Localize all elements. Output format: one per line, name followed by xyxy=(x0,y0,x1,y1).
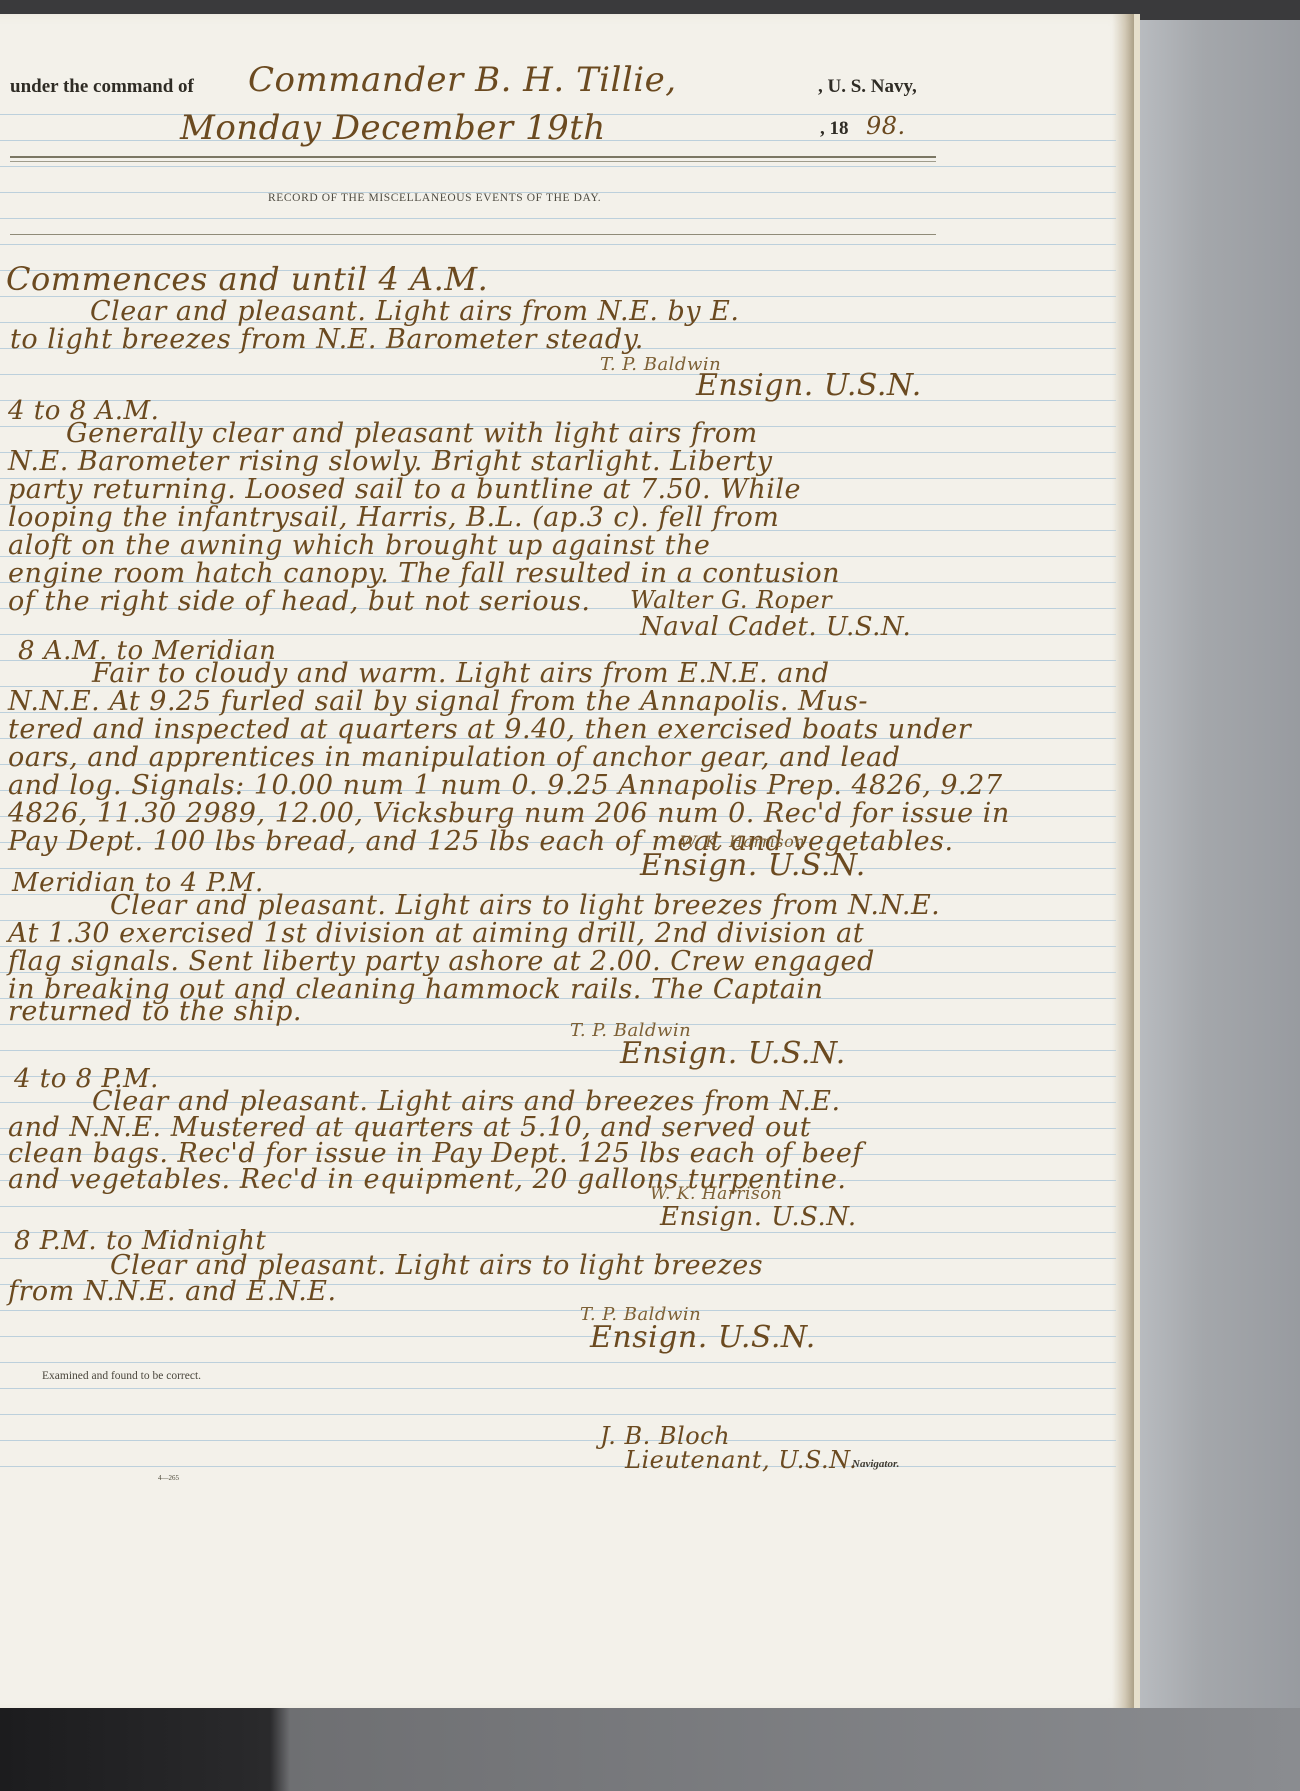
entry-line: and log. Signals: 10.00 num 1 num 0. 9.2… xyxy=(8,772,1003,800)
entry-line: Clear and pleasant. Light airs to light … xyxy=(110,892,940,920)
ruled-line xyxy=(0,634,1116,635)
year-prefix: , 18 xyxy=(820,118,849,140)
commander-name: Commander B. H. Tillie, xyxy=(248,60,677,100)
officer-rank: Ensign. U.S.N. xyxy=(660,1202,857,1232)
ruled-line xyxy=(0,374,1116,375)
ruled-line xyxy=(0,1414,1116,1415)
ruled-line xyxy=(0,400,1116,401)
section-title: RECORD OF THE MISCELLANEOUS EVENTS OF TH… xyxy=(268,192,601,204)
officer-rank: Ensign. U.S.N. xyxy=(696,368,922,403)
entry-line: of the right side of head, but not serio… xyxy=(8,588,591,616)
ruled-line xyxy=(0,1336,1116,1337)
ruled-line xyxy=(0,1440,1116,1441)
ruled-line xyxy=(0,218,1116,219)
ruled-line xyxy=(0,166,1116,167)
officer-rank: Ensign. U.S.N. xyxy=(590,1320,816,1355)
header-double-rule-thin xyxy=(10,161,936,162)
entry-line: N.E. Barometer rising slowly. Bright sta… xyxy=(8,448,772,476)
navy-suffix: , U. S. Navy, xyxy=(818,76,917,98)
header-double-rule xyxy=(10,156,936,158)
officer-rank: Ensign. U.S.N. xyxy=(640,848,866,883)
navigator-rank: Lieutenant, U.S.N. xyxy=(625,1446,857,1474)
ruled-line xyxy=(0,1206,1116,1207)
command-prefix: under the command of xyxy=(10,76,194,98)
officer-rank: Naval Cadet. U.S.N. xyxy=(640,612,911,642)
entry-line: Fair to cloudy and warm. Light airs from… xyxy=(92,660,830,688)
log-date: Monday December 19th xyxy=(180,108,606,148)
ruled-line xyxy=(0,1388,1116,1389)
ruled-line xyxy=(0,244,1116,245)
entry-line: to light breezes from N.E. Barometer ste… xyxy=(10,326,644,354)
officer-rank: Ensign. U.S.N. xyxy=(620,1036,846,1071)
ruled-line xyxy=(0,1076,1116,1077)
officer-signature: Walter G. Roper xyxy=(630,586,832,614)
entry-line: Clear and pleasant. Light airs from N.E.… xyxy=(90,298,739,326)
year-handwritten: 98. xyxy=(866,112,906,140)
entry-line: looping the infantrysail, Harris, B.L. (… xyxy=(8,504,779,532)
ruled-line xyxy=(0,1362,1116,1363)
entry-line: Generally clear and pleasant with light … xyxy=(66,420,758,448)
entry-line: 4826, 11.30 2989, 12.00, Vicksburg num 2… xyxy=(8,800,1010,828)
officer-signature: W. K. Harrison xyxy=(650,1184,782,1204)
entry-line: engine room hatch canopy. The fall resul… xyxy=(8,560,840,588)
background-right xyxy=(1138,0,1300,1791)
entry-line: At 1.30 exercised 1st division at aiming… xyxy=(8,920,864,948)
page-binding-edge xyxy=(1112,14,1134,1710)
entry-line: tered and inspected at quarters at 9.40,… xyxy=(8,716,971,744)
form-number: 4—265 xyxy=(158,1474,179,1482)
entry-line: N.N.E. At 9.25 furled sail by signal fro… xyxy=(8,688,868,716)
entry-line: oars, and apprentices in manipulation of… xyxy=(8,744,900,772)
navigator-label: Navigator. xyxy=(852,1458,899,1470)
entry-line: from N.N.E. and E.N.E. xyxy=(8,1278,337,1306)
entry-line: flag signals. Sent liberty party ashore … xyxy=(8,948,875,976)
entry-line: aloft on the awning which brought up aga… xyxy=(8,532,710,560)
logbook-page: under the command of Commander B. H. Til… xyxy=(0,14,1140,1710)
ruled-line xyxy=(0,1050,1116,1051)
ruled-line xyxy=(0,1466,1116,1467)
watch-heading: Commences and until 4 A.M. xyxy=(6,260,488,298)
section-divider xyxy=(10,234,936,235)
ruled-line xyxy=(0,1310,1116,1311)
entry-line: party returning. Loosed sail to a buntli… xyxy=(8,476,801,504)
examined-statement: Examined and found to be correct. xyxy=(42,1370,201,1382)
background-bottom xyxy=(0,1708,1300,1791)
entry-line: returned to the ship. xyxy=(8,998,302,1026)
